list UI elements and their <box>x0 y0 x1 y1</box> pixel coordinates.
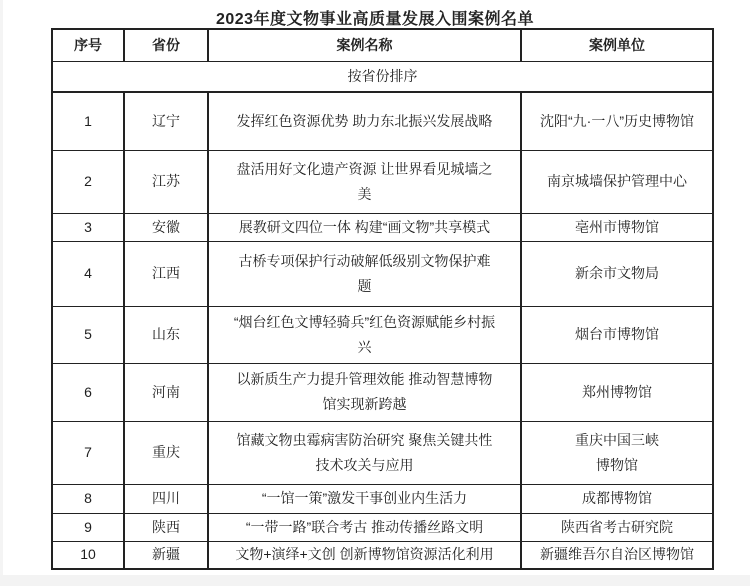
bottom-edge-shade <box>0 575 750 586</box>
group-label: 按省份排序 <box>52 61 713 92</box>
table-row: 5 山东 “烟台红色文博轻骑兵”红色资源赋能乡村振 兴 烟台市博物馆 <box>52 306 713 363</box>
unit-cell: 亳州市博物馆 <box>521 213 713 241</box>
case-name-cell: 古桥专项保护行动破解低级别文物保护难 题 <box>208 241 521 306</box>
case-name-cell: 发挥红色资源优势 助力东北振兴发展战略 <box>208 92 521 150</box>
index-cell: 1 <box>52 92 124 150</box>
unit-cell: 陕西省考古研究院 <box>521 513 713 541</box>
unit-cell: 重庆中国三峡 博物馆 <box>521 421 713 484</box>
group-row: 按省份排序 <box>52 61 713 92</box>
province-cell: 山东 <box>124 306 208 363</box>
province-cell: 辽宁 <box>124 92 208 150</box>
page: 2023年度文物事业高质量发展入围案例名单 序号 省份 案例名称 案例单位 按省… <box>0 0 750 586</box>
table-row: 2 江苏 盘活用好文化遗产资源 让世界看见城墙之 美 南京城墙保护管理中心 <box>52 150 713 213</box>
index-cell: 10 <box>52 541 124 569</box>
unit-cell: 南京城墙保护管理中心 <box>521 150 713 213</box>
table-row: 6 河南 以新质生产力提升管理效能 推动智慧博物 馆实现新跨越 郑州博物馆 <box>52 363 713 421</box>
case-name-cell: 文物+演绎+文创 创新博物馆资源活化利用 <box>208 541 521 569</box>
province-cell: 河南 <box>124 363 208 421</box>
case-name-cell: 盘活用好文化遗产资源 让世界看见城墙之 美 <box>208 150 521 213</box>
table-row: 4 江西 古桥专项保护行动破解低级别文物保护难 题 新余市文物局 <box>52 241 713 306</box>
header-index: 序号 <box>52 29 124 61</box>
table-row: 8 四川 “一馆一策”激发干事创业内生活力 成都博物馆 <box>52 484 713 513</box>
table-header-row: 序号 省份 案例名称 案例单位 <box>52 29 713 61</box>
index-cell: 5 <box>52 306 124 363</box>
index-cell: 3 <box>52 213 124 241</box>
province-cell: 新疆 <box>124 541 208 569</box>
header-unit: 案例单位 <box>521 29 713 61</box>
cases-table: 序号 省份 案例名称 案例单位 按省份排序 1 辽宁 发挥红色资源优势 助力东北… <box>51 28 714 570</box>
unit-cell: 沈阳“九·一八”历史博物馆 <box>521 92 713 150</box>
index-cell: 7 <box>52 421 124 484</box>
unit-cell: 烟台市博物馆 <box>521 306 713 363</box>
index-cell: 4 <box>52 241 124 306</box>
unit-cell: 新疆维吾尔自治区博物馆 <box>521 541 713 569</box>
case-name-cell: 馆藏文物虫霉病害防治研究 聚焦关键共性 技术攻关与应用 <box>208 421 521 484</box>
table-row: 9 陕西 “一带一路”联合考古 推动传播丝路文明 陕西省考古研究院 <box>52 513 713 541</box>
table-row: 3 安徽 展教研文四位一体 构建“画文物”共享模式 亳州市博物馆 <box>52 213 713 241</box>
province-cell: 江西 <box>124 241 208 306</box>
left-edge-shade <box>0 0 3 586</box>
header-case-name: 案例名称 <box>208 29 521 61</box>
province-cell: 陕西 <box>124 513 208 541</box>
province-cell: 重庆 <box>124 421 208 484</box>
unit-cell: 郑州博物馆 <box>521 363 713 421</box>
case-name-cell: “一带一路”联合考古 推动传播丝路文明 <box>208 513 521 541</box>
case-name-cell: 以新质生产力提升管理效能 推动智慧博物 馆实现新跨越 <box>208 363 521 421</box>
table-row: 1 辽宁 发挥红色资源优势 助力东北振兴发展战略 沈阳“九·一八”历史博物馆 <box>52 92 713 150</box>
table-row: 10 新疆 文物+演绎+文创 创新博物馆资源活化利用 新疆维吾尔自治区博物馆 <box>52 541 713 569</box>
unit-cell: 新余市文物局 <box>521 241 713 306</box>
index-cell: 8 <box>52 484 124 513</box>
unit-cell: 成都博物馆 <box>521 484 713 513</box>
province-cell: 安徽 <box>124 213 208 241</box>
province-cell: 四川 <box>124 484 208 513</box>
case-name-cell: “烟台红色文博轻骑兵”红色资源赋能乡村振 兴 <box>208 306 521 363</box>
index-cell: 9 <box>52 513 124 541</box>
index-cell: 2 <box>52 150 124 213</box>
table-row: 7 重庆 馆藏文物虫霉病害防治研究 聚焦关键共性 技术攻关与应用 重庆中国三峡 … <box>52 421 713 484</box>
case-name-cell: 展教研文四位一体 构建“画文物”共享模式 <box>208 213 521 241</box>
index-cell: 6 <box>52 363 124 421</box>
page-title: 2023年度文物事业高质量发展入围案例名单 <box>0 6 750 29</box>
header-province: 省份 <box>124 29 208 61</box>
province-cell: 江苏 <box>124 150 208 213</box>
case-name-cell: “一馆一策”激发干事创业内生活力 <box>208 484 521 513</box>
